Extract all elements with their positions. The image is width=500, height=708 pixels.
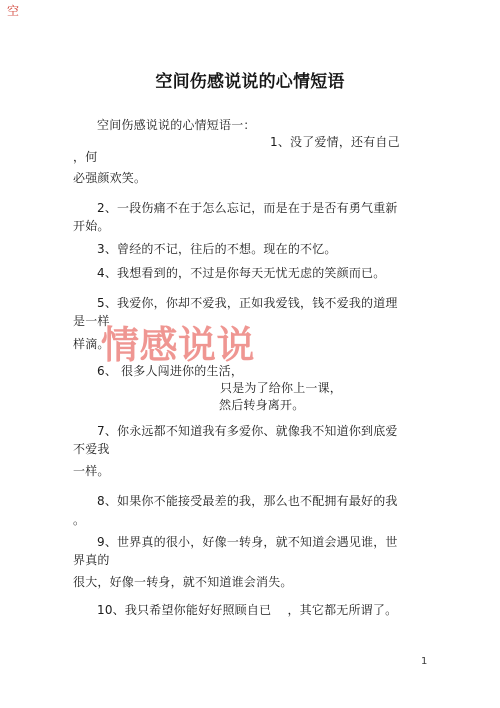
body-line: 3、曾经的不记，往后的不想。现在的不忆。 <box>97 242 337 256</box>
document-page: 空 空间伤感说说的心情短语 情感说说 空间伤感说说的心情短语一：1、没了爱情，还… <box>0 0 500 708</box>
body-line: 开始。 <box>73 219 110 233</box>
body-line: 只是为了给你上一课， <box>220 381 342 395</box>
body-line: ，何 <box>73 150 97 164</box>
corner-red-mark: 空 <box>7 4 19 18</box>
body-line: 6、 很多人闯进你的生活， <box>97 364 243 378</box>
body-line: 是一样 <box>73 314 110 328</box>
body-line: 界真的 <box>73 553 110 567</box>
page-title: 空间伤感说说的心情短语 <box>0 72 500 93</box>
body-line: 很大，好像一转身，就不知道谁会消失。 <box>73 575 293 589</box>
body-line: 4、我想看到的，不过是你每天无忧无虑的笑颜而已。 <box>97 266 385 280</box>
body-line: 7、你永远都不知道我有多爱你、就像我不知道你到底爱 <box>97 424 398 438</box>
body-line: 一样。 <box>73 464 110 478</box>
body-line: 样滴。 <box>73 337 110 351</box>
body-line: 不爱我 <box>73 442 110 456</box>
body-line: 然后转身离开。 <box>219 398 304 412</box>
body-line: 空间伤感说说的心情短语一： <box>97 118 256 132</box>
body-line: 9、世界真的很小，好像一转身，就不知道会遇见谁，世 <box>97 535 398 549</box>
body-line: 。 <box>73 513 85 527</box>
body-line: 5、我爱你，你却不爱我，正如我爱钱，钱不爱我的道理 <box>97 296 398 310</box>
watermark-text: 情感说说 <box>101 326 255 364</box>
body-line: 1、没了爱情，还有自己 <box>270 135 400 149</box>
body-line: 必强颜欢笑。 <box>73 171 146 185</box>
body-line: 8、如果你不能接受最差的我，那么也不配拥有最好的我 <box>97 494 398 508</box>
body-line: 10、我只希望你能好好照顾自已 ，其它都无所谓了。 <box>97 603 397 617</box>
body-line: 2、一段伤痛不在于怎么忘记，而是在于是否有勇气重新 <box>97 201 398 215</box>
page-number: 1 <box>421 656 427 668</box>
